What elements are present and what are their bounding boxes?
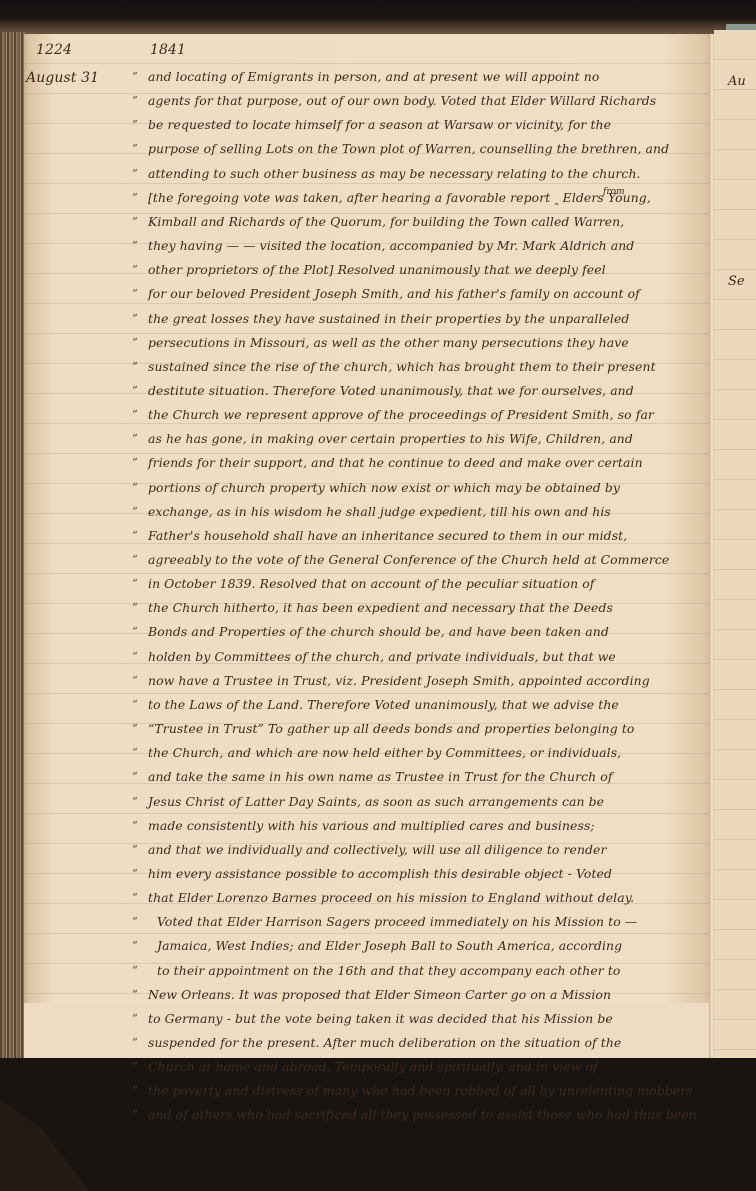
ditto-mark: “ [130,136,140,162]
ditto-mark: “ [130,1102,140,1128]
right-page: Au Se [714,30,756,1160]
right-page-margin-date: Se [728,274,745,289]
ditto-mark: “ [130,112,140,138]
ditto-mark: “ [130,837,140,863]
manuscript-line-text: the Church, and which are now held eithe… [148,740,621,766]
manuscript-line-text: Jesus Christ of Latter Day Saints, as so… [148,789,604,815]
margin-date: August 31 [26,70,99,86]
ditto-mark: “ [130,933,140,959]
ditto-mark: “ [130,402,140,428]
manuscript-line-text: the great losses they have sustained in … [148,306,629,332]
manuscript-line-text: agreeably to the vote of the General Con… [148,547,669,573]
ditto-mark: “ [130,378,140,404]
ditto-mark: “ [130,692,140,718]
manuscript-line-text: to Germany - but the vote being taken it… [148,1006,613,1032]
year-heading: 1841 [150,42,186,58]
manuscript-line-text: the poverty and distress of many who had… [148,1078,693,1104]
page-stack-edge [0,32,26,1112]
manuscript-line-text: holden by Committees of the church, and … [148,644,616,670]
manuscript-line-text: “Trustee in Trust” To gather up all deed… [148,716,634,742]
ditto-mark: “ [130,1054,140,1080]
manuscript-line-text: for our beloved President Joseph Smith, … [148,281,640,307]
ditto-mark: “ [130,306,140,332]
ditto-mark: “ [130,88,140,114]
manuscript-line-text: persecutions in Missouri, as well as the… [148,330,629,356]
ditto-mark: “ [130,547,140,573]
manuscript-line-text: Kimball and Richards of the Quorum, for … [148,209,624,235]
manuscript-line-text: suspended for the present. After much de… [148,1030,621,1056]
manuscript-line-text: Father's household shall have an inherit… [148,523,627,549]
ditto-mark: “ [130,523,140,549]
ditto-mark: “ [130,619,140,645]
ditto-mark: “ [130,885,140,911]
manuscript-line-text: Voted that Elder Harrison Sagers proceed… [157,909,637,935]
ditto-mark: “ [130,330,140,356]
ditto-mark: “ [130,789,140,815]
manuscript-line-text: the Church we represent approve of the p… [148,402,654,428]
manuscript-line-text: Jamaica, West Indies; and Elder Joseph B… [157,933,622,959]
manuscript-line-text: that Elder Lorenzo Barnes proceed on his… [148,885,634,911]
manuscript-line-text: attending to such other business as may … [148,161,641,187]
manuscript-line-text: now have a Trustee in Trust, viz. Presid… [148,668,650,694]
ditto-mark: “ [130,982,140,1008]
manuscript-line-text: in October 1839. Resolved that on accoun… [148,571,594,597]
ditto-mark: “ [130,909,140,935]
ditto-mark: “ [130,813,140,839]
ditto-mark: “ [130,475,140,501]
ditto-mark: “ [130,209,140,235]
manuscript-line-text: they having — — visited the location, ac… [148,233,634,259]
ditto-mark: “ [130,450,140,476]
ditto-mark: “ [130,958,140,984]
manuscript-line-text: destitute situation. Therefore Voted una… [148,378,634,404]
ditto-mark: “ [130,499,140,525]
manuscript-line-text: and of others who had sacrificed all the… [148,1102,697,1128]
ditto-mark: “ [130,1006,140,1032]
manuscript-line-text: to their appointment on the 16th and tha… [157,958,620,984]
manuscript-line-text: agents for that purpose, out of our own … [148,88,656,114]
manuscript-line-text: and take the same in his own name as Tru… [148,764,613,790]
ditto-mark: “ [130,668,140,694]
ditto-mark: “ [130,64,140,90]
manuscript-line-text: the Church hitherto, it has been expedie… [148,595,613,621]
manuscript-line-text: friends for their support, and that he c… [148,450,643,476]
manuscript-line-text: portions of church property which now ex… [148,475,620,501]
ditto-mark: “ [130,571,140,597]
manuscript-line-text: sustained since the rise of the church, … [148,354,656,380]
ditto-mark: “ [130,161,140,187]
manuscript-line-text: exchange, as in his wisdom he shall judg… [148,499,611,525]
ditto-mark: “ [130,233,140,259]
manuscript-line-text: and locating of Emigrants in person, and… [148,64,599,90]
manuscript-line-text: purpose of selling Lots on the Town plot… [148,136,669,162]
manuscript-line-text: be requested to locate himself for a sea… [148,112,611,138]
manuscript-line-text: Church at home and abroad, Temporally an… [148,1054,598,1080]
ditto-mark: “ [130,861,140,887]
ditto-mark: “ [130,716,140,742]
page-number: 1224 [36,42,72,58]
ditto-mark: “ [130,426,140,452]
ditto-mark: “ [130,595,140,621]
manuscript-line-text: him every assistance possible to accompl… [148,861,612,887]
manuscript-line-text: as he has gone, in making over certain p… [148,426,633,452]
manuscript-line-text: and that we individually and collectivel… [148,837,607,863]
ditto-mark: “ [130,1078,140,1104]
book-top-edge [0,0,756,34]
ditto-mark: “ [130,281,140,307]
right-page-margin-date: Au [728,74,746,89]
ditto-mark: “ [130,740,140,766]
manuscript-line-text: Bonds and Properties of the church shoul… [148,619,609,645]
manuscript-line-text: made consistently with his various and m… [148,813,595,839]
ditto-mark: “ [130,185,140,211]
ditto-mark: “ [130,354,140,380]
ditto-mark: “ [130,257,140,283]
ditto-mark: “ [130,764,140,790]
manuscript-line-text: to the Laws of the Land. Therefore Voted… [148,692,619,718]
manuscript-line-text: [the foregoing vote was taken, after hea… [148,185,651,211]
ditto-mark: “ [130,644,140,670]
ditto-mark: “ [130,1030,140,1056]
manuscript-line-text: New Orleans. It was proposed that Elder … [148,982,611,1008]
manuscript-line-text: other proprietors of the Plot] Resolved … [148,257,606,283]
